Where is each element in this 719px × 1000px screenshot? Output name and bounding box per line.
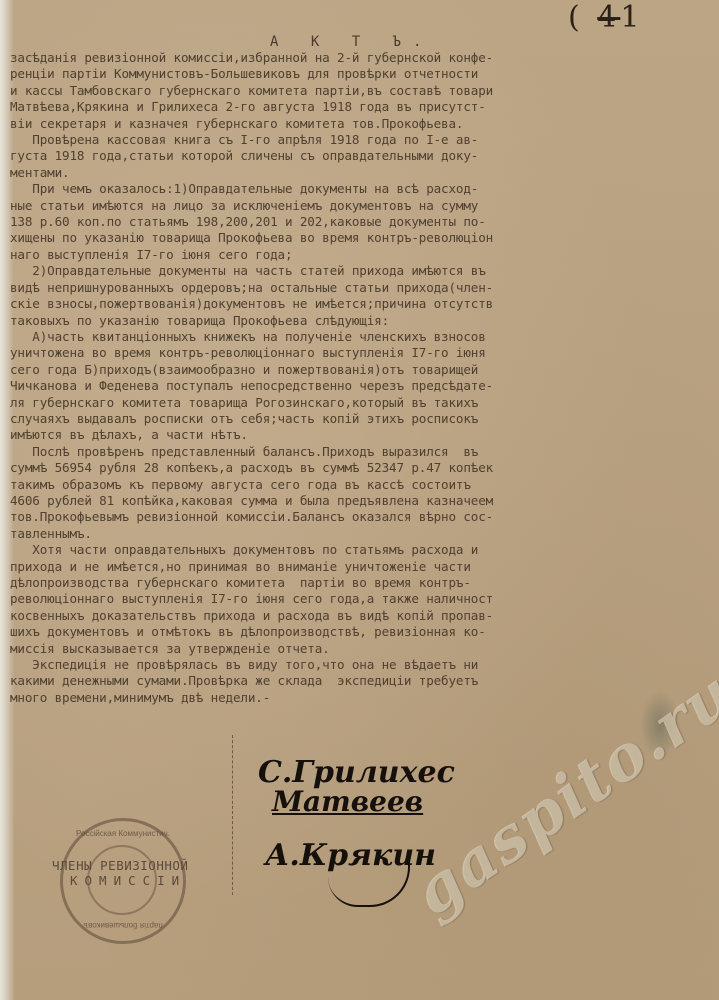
text-line: Послѣ провѣренъ представленный балансъ.П… <box>10 444 715 460</box>
text-line: 138 р.60 коп.по статьямъ 198,200,201 и 2… <box>10 214 715 230</box>
archive-page-number: ( 41 <box>568 0 643 35</box>
text-line: скіе взносы,пожертвованія)документовъ не… <box>10 296 715 312</box>
signature-flourish <box>328 860 410 907</box>
text-line: прихода и не имѣется,но принимая во вним… <box>10 559 715 575</box>
stamp-text-top: Россійская Коммунистич. <box>63 829 183 838</box>
document-body: засѣданія ревизіонной комиссіи,избранной… <box>10 50 715 706</box>
text-line: засѣданія ревизіонной комиссіи,избранной… <box>10 50 715 66</box>
text-line: ля губернскаго комитета товарища Рогозин… <box>10 395 715 411</box>
text-line: А)часть квитанціонныхъ книжекъ на получе… <box>10 329 715 345</box>
document-title: А К Т Ъ. <box>270 34 433 50</box>
signature-brace <box>232 735 241 895</box>
text-line: 2)Оправдательные документы на часть стат… <box>10 263 715 279</box>
text-line: ренціи партіи Коммунистовъ-Большевиковъ … <box>10 66 715 82</box>
text-line: много времени,минимумъ двѣ недели.- <box>10 690 715 706</box>
signature-matveev: Матвеев <box>272 785 423 818</box>
text-line: таковыхъ по указанію товарища Прокофьева… <box>10 313 715 329</box>
text-line: шихъ документовъ и отмѣтокъ въ дѣлопроиз… <box>10 624 715 640</box>
text-line: віи секретаря и казначея губернскаго ком… <box>10 116 715 132</box>
text-line: революціоннаго выступленія I7-го іюня се… <box>10 591 715 607</box>
text-line: суммѣ 56954 рубля 28 копѣекъ,а расходъ в… <box>10 460 715 476</box>
text-line: Матвѣева,Крякина и Грилихеса 2-го август… <box>10 99 715 115</box>
text-line: тавленнымъ. <box>10 526 715 542</box>
text-line: тов.Прокофьевымъ ревизіонной комиссіи.Ба… <box>10 509 715 525</box>
text-line: ментами. <box>10 165 715 181</box>
text-line: какими денежными сумами.Провѣрка же скла… <box>10 673 715 689</box>
text-line: миссія высказывается за утвержденіе отче… <box>10 641 715 657</box>
page-number: 1 <box>620 0 643 35</box>
stamp-inner-ring <box>87 845 157 915</box>
text-line: видѣ непришнурованныхъ ордеровъ;на остал… <box>10 280 715 296</box>
text-line: густа 1918 года,статьи которой сличены с… <box>10 148 715 164</box>
struck-number: 4 <box>597 0 620 35</box>
text-line: такимъ образомъ къ первому августа сего … <box>10 477 715 493</box>
stamp-text-bottom: партія большевиковъ <box>63 921 183 930</box>
text-line: ные статьи имѣются на лицо за исключеніе… <box>10 198 715 214</box>
text-line: имѣются въ дѣлахъ, а части нѣтъ. <box>10 427 715 443</box>
text-line: и кассы Тамбовскаго губернскаго комитета… <box>10 83 715 99</box>
text-line: наго выступленія I7-го іюня сего года; <box>10 247 715 263</box>
text-line: Чичканова и Феденева поступалъ непосредс… <box>10 378 715 394</box>
text-line: сего года Б)приходъ(взаимообразно и поже… <box>10 362 715 378</box>
text-line: При чемъ оказалось:1)Оправдательные доку… <box>10 181 715 197</box>
text-line: хищены по указанію товарища Прокофьева в… <box>10 230 715 246</box>
text-line: Провѣрена кассовая книга съ I-го апрѣля … <box>10 132 715 148</box>
text-line: Хотя части оправдательныхъ документовъ п… <box>10 542 715 558</box>
document-page: ( 41 А К Т Ъ. засѣданія ревизіонной коми… <box>0 0 719 1000</box>
text-line: 4606 рублей 81 копѣйка,каковая сумма и б… <box>10 493 715 509</box>
text-line: Экспедиція не провѣрялась въ виду того,ч… <box>10 657 715 673</box>
text-line: уничтожена во время контръ-революціоннаг… <box>10 345 715 361</box>
text-line: косвенныхъ доказательствъ прихода и расх… <box>10 608 715 624</box>
text-line: дѣлопроизводства губернскаго комитета па… <box>10 575 715 591</box>
party-seal-stamp: Россійская Коммунистич. партія большевик… <box>60 818 186 944</box>
text-line: случаяхъ выдавалъ росписки отъ себя;част… <box>10 411 715 427</box>
